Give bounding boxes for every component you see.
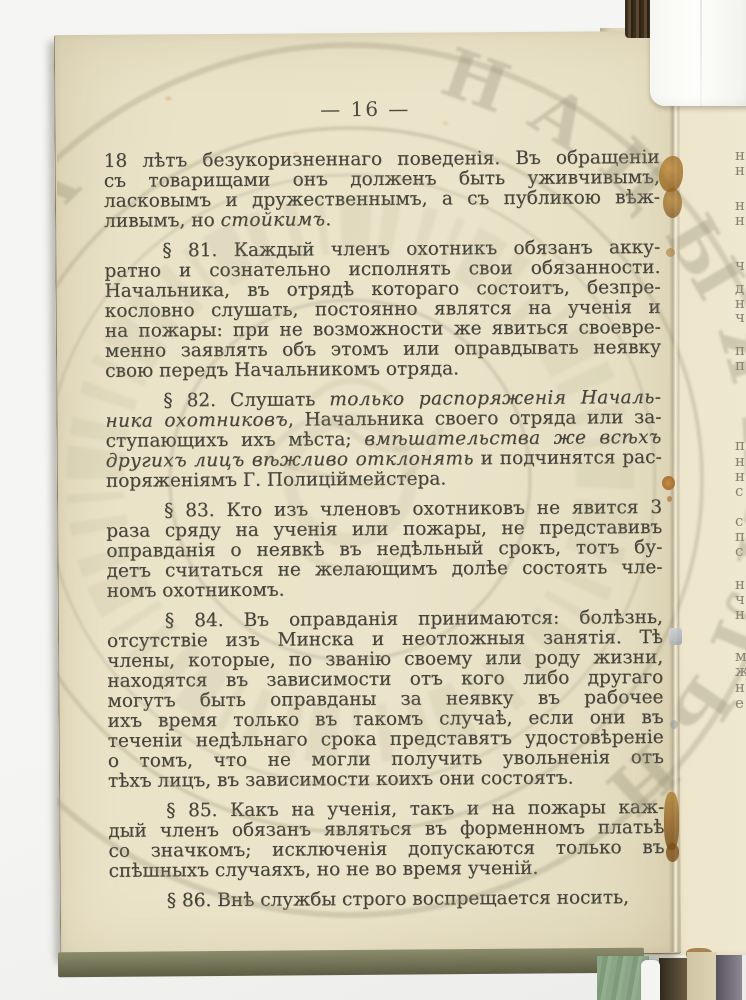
book-page: — 16 — 18 лѣтъ безукоризненнаго поведені… (54, 31, 681, 958)
page-number: — 16 — (55, 95, 675, 123)
paragraph: 18 лѣтъ безукоризненнаго поведенія. Въ о… (104, 148, 661, 232)
text-line: номъ охотникомъ. (107, 578, 663, 602)
book-cover-edge (58, 948, 644, 978)
scan-photo: ннннчднчпппннсспснчнмжне — 16 — 18 лѣтъ … (0, 0, 746, 1000)
adjacent-text-fragment: н (735, 211, 745, 229)
adjacent-text-fragment: е (735, 694, 744, 712)
text-line: тѣхъ лицъ, въ зависимости коихъ они сост… (108, 768, 664, 792)
paragraph: § 82. Слушать только распоряженія Началь… (105, 388, 662, 492)
text-line: ливымъ, но стойкимъ. (104, 208, 660, 232)
white-strip (641, 960, 660, 1000)
page-holder-strap (650, 0, 746, 106)
adjacent-text-fragment: с (735, 482, 743, 500)
strap-seam (700, 0, 702, 106)
beige-strip (687, 952, 717, 1000)
adjacent-text-fragment: ч (735, 256, 745, 274)
text-line: спѣшныхъ случаяхъ, но не во время ученій… (109, 858, 665, 882)
paragraph: § 81. Каждый членъ охотникъ обязанъ акку… (104, 238, 661, 382)
text-line: § 86. Внѣ службы строго воспрещается нос… (109, 888, 665, 912)
shadow-gap (659, 958, 687, 1000)
adjacent-text-fragment: ч (735, 308, 745, 326)
paragraph: § 84. Въ оправданія принимаются: болѣзнь… (107, 608, 664, 792)
page-edge-crease (669, 34, 680, 952)
paragraph: § 85. Какъ на ученія, такъ и на пожары к… (108, 798, 665, 882)
adjacent-text-fragment: н (735, 161, 745, 179)
paragraph: § 86. Внѣ службы строго воспрещается нос… (109, 888, 665, 912)
adjacent-text-fragment: п (735, 356, 745, 374)
gray-strip (716, 955, 742, 1000)
text-line: ласковымъ и дружественнымъ, а съ публико… (104, 188, 660, 212)
text-line: поряженіямъ Г. Полиціймейстера. (106, 468, 662, 492)
paragraph: § 83. Кто изъ членовъ охотниковъ не явит… (106, 498, 663, 602)
adjacent-text-fragment: н (735, 605, 745, 623)
text-line: детъ считаться не желающимъ долѣе состоя… (106, 558, 662, 582)
text-line: свою передъ Начальникомъ отряда. (105, 358, 661, 382)
text-block: 18 лѣтъ безукоризненнаго поведенія. Въ о… (104, 148, 665, 912)
adjacent-text-fragment: с (735, 542, 743, 560)
